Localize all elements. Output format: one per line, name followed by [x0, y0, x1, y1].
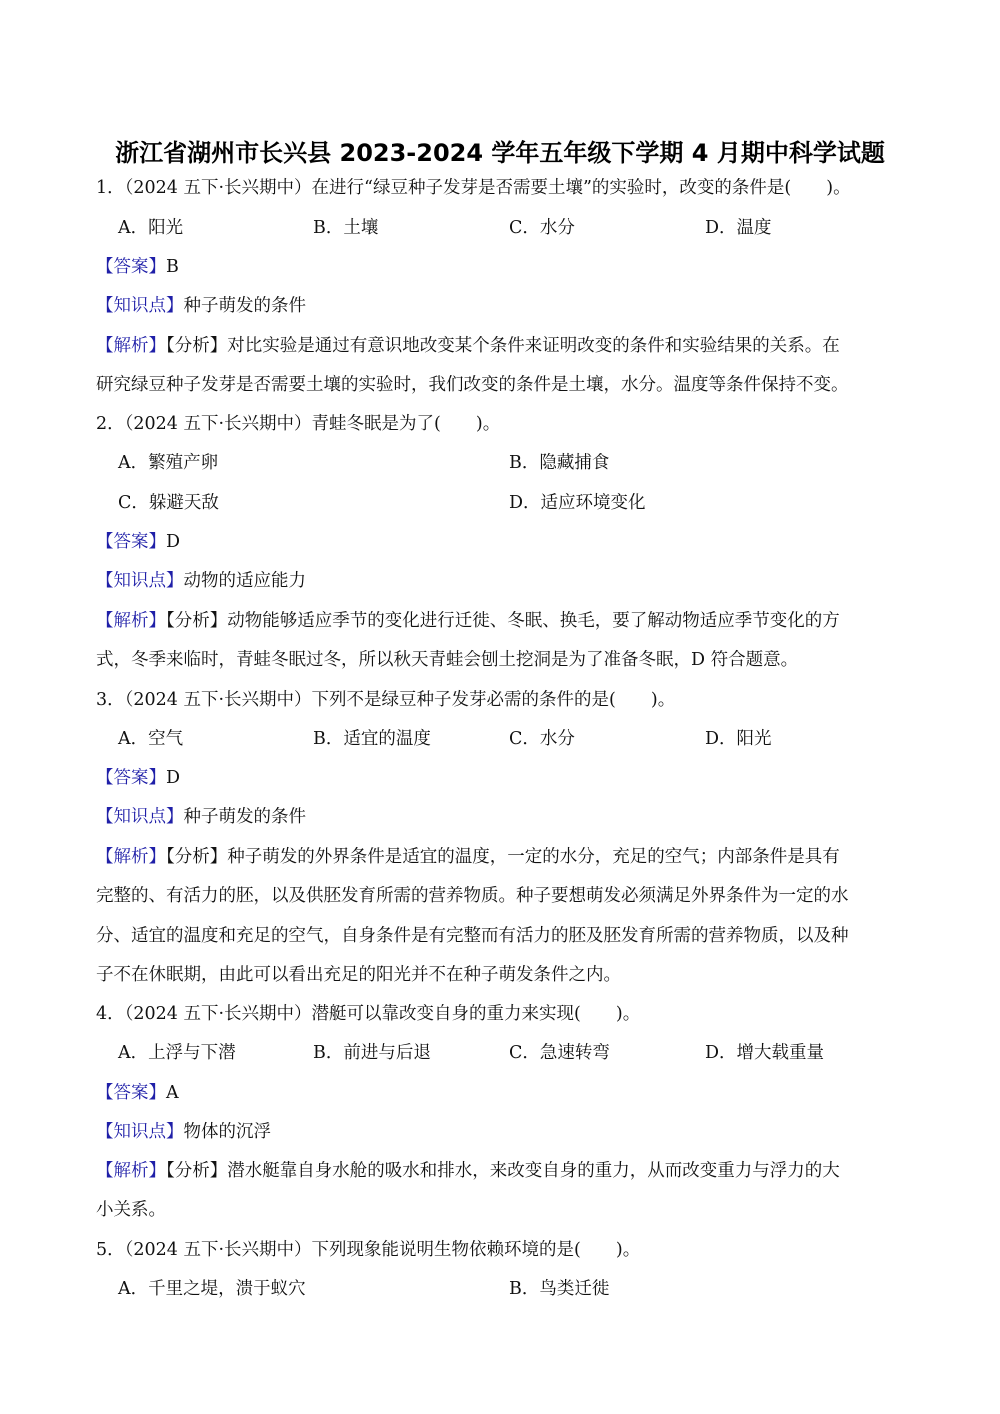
question-2-stem: 2．（2024 五下·长兴期中）青蛙冬眠是为了( )。	[96, 412, 500, 436]
question-2-analysis-cont: 式，冬季来临时，青蛙冬眠过冬，所以秋天青蛙会刨土挖洞是为了准备冬眠，D 符合题意…	[96, 648, 798, 672]
question-3-analysis-cont-1: 完整的、有活力的胚，以及供胚发育所需的营养物质。种子要想萌发必须满足外界条件为一…	[96, 884, 849, 908]
analysis-sub-label: 【分析】	[166, 847, 227, 867]
knowledge-value: 种子萌发的条件	[184, 296, 307, 316]
question-3-option-c: C．水分	[509, 727, 575, 751]
question-4-analysis-cont: 小关系。	[96, 1198, 166, 1222]
answer-value: D	[166, 768, 180, 788]
knowledge-value: 种子萌发的条件	[184, 807, 307, 827]
answer-label: 【答案】	[96, 768, 166, 788]
analysis-text: 潜水艇靠自身水舱的吸水和排水，来改变自身的重力，从而改变重力与浮力的大	[227, 1161, 840, 1181]
question-3-answer: 【答案】D	[96, 766, 180, 790]
question-2-option-c: C．躲避天敌	[118, 491, 219, 515]
analysis-text: 种子萌发的外界条件是适宜的温度，一定的水分，充足的空气；内部条件是具有	[227, 847, 840, 867]
question-3-option-d: D．阳光	[705, 727, 772, 751]
question-3-analysis-cont-2: 分、适宜的温度和充足的空气，自身条件是有完整而有活力的胚及胚发育所需的营养物质，…	[96, 924, 849, 948]
answer-value: D	[166, 532, 180, 552]
question-3-option-b: B．适宜的温度	[313, 727, 431, 751]
question-5-option-a: A．千里之堤，溃于蚁穴	[118, 1277, 306, 1301]
answer-label: 【答案】	[96, 1083, 166, 1103]
analysis-text: 对比实验是通过有意识地改变某个条件来证明改变的条件和实验结果的关系。在	[227, 336, 840, 356]
question-1-stem: 1．（2024 五下·长兴期中）在进行“绿豆种子发芽是否需要土壤”的实验时，改变…	[96, 176, 851, 200]
question-5-stem: 5．（2024 五下·长兴期中）下列现象能说明生物依赖环境的是( )。	[96, 1238, 640, 1262]
question-1-analysis-cont: 研究绿豆种子发芽是否需要土壤的实验时，我们改变的条件是土壤，水分。温度等条件保持…	[96, 373, 849, 397]
question-2-answer: 【答案】D	[96, 530, 180, 554]
question-4-option-d: D．增大载重量	[705, 1041, 824, 1065]
question-3-option-a: A．空气	[118, 727, 183, 751]
question-4-analysis: 【解析】【分析】潜水艇靠自身水舱的吸水和排水，来改变自身的重力，从而改变重力与浮…	[96, 1159, 840, 1183]
question-3-analysis: 【解析】【分析】种子萌发的外界条件是适宜的温度，一定的水分，充足的空气；内部条件…	[96, 845, 840, 869]
question-5-option-b: B．鸟类迁徙	[509, 1277, 609, 1301]
question-1-option-a: A．阳光	[118, 216, 183, 240]
question-1-option-d: D．温度	[705, 216, 772, 240]
knowledge-label: 【知识点】	[96, 1122, 184, 1142]
analysis-label: 【解析】	[96, 611, 166, 631]
question-4-option-b: B．前进与后退	[313, 1041, 431, 1065]
answer-label: 【答案】	[96, 257, 166, 277]
analysis-sub-label: 【分析】	[166, 611, 227, 631]
question-4-stem: 4．（2024 五下·长兴期中）潜艇可以靠改变自身的重力来实现( )。	[96, 1002, 640, 1026]
knowledge-value: 物体的沉浮	[184, 1122, 272, 1142]
question-2-option-d: D．适应环境变化	[509, 491, 646, 515]
question-2-knowledge: 【知识点】动物的适应能力	[96, 569, 306, 593]
question-1-answer: 【答案】B	[96, 255, 179, 279]
question-4-answer: 【答案】A	[96, 1081, 179, 1105]
analysis-sub-label: 【分析】	[166, 1161, 227, 1181]
knowledge-value: 动物的适应能力	[184, 571, 307, 591]
answer-value: B	[166, 257, 179, 277]
question-3-stem: 3．（2024 五下·长兴期中）下列不是绿豆种子发芽必需的条件的是( )。	[96, 688, 675, 712]
question-4-option-c: C．急速转弯	[509, 1041, 610, 1065]
analysis-sub-label: 【分析】	[166, 336, 227, 356]
analysis-text: 动物能够适应季节的变化进行迁徙、冬眠、换毛，要了解动物适应季节变化的方	[227, 611, 840, 631]
document-title: 浙江省湖州市长兴县 2023-2024 学年五年级下学期 4 月期中科学试题	[0, 133, 1000, 168]
question-2-option-a: A．繁殖产卵	[118, 451, 218, 475]
question-4-option-a: A．上浮与下潜	[118, 1041, 236, 1065]
question-4-knowledge: 【知识点】物体的沉浮	[96, 1120, 271, 1144]
question-1-analysis: 【解析】【分析】对比实验是通过有意识地改变某个条件来证明改变的条件和实验结果的关…	[96, 334, 840, 358]
answer-label: 【答案】	[96, 532, 166, 552]
analysis-label: 【解析】	[96, 1161, 166, 1181]
question-1-knowledge: 【知识点】种子萌发的条件	[96, 294, 306, 318]
question-3-analysis-cont-3: 子不在休眠期，由此可以看出充足的阳光并不在种子萌发条件之内。	[96, 963, 621, 987]
question-2-option-b: B．隐藏捕食	[509, 451, 609, 475]
question-1-option-c: C．水分	[509, 216, 575, 240]
knowledge-label: 【知识点】	[96, 571, 184, 591]
answer-value: A	[166, 1083, 179, 1103]
analysis-label: 【解析】	[96, 336, 166, 356]
question-3-knowledge: 【知识点】种子萌发的条件	[96, 805, 306, 829]
question-1-option-b: B．土壤	[313, 216, 378, 240]
knowledge-label: 【知识点】	[96, 807, 184, 827]
document-page: 浙江省湖州市长兴县 2023-2024 学年五年级下学期 4 月期中科学试题 1…	[0, 0, 1000, 1414]
analysis-label: 【解析】	[96, 847, 166, 867]
question-2-analysis: 【解析】【分析】动物能够适应季节的变化进行迁徙、冬眠、换毛，要了解动物适应季节变…	[96, 609, 840, 633]
knowledge-label: 【知识点】	[96, 296, 184, 316]
